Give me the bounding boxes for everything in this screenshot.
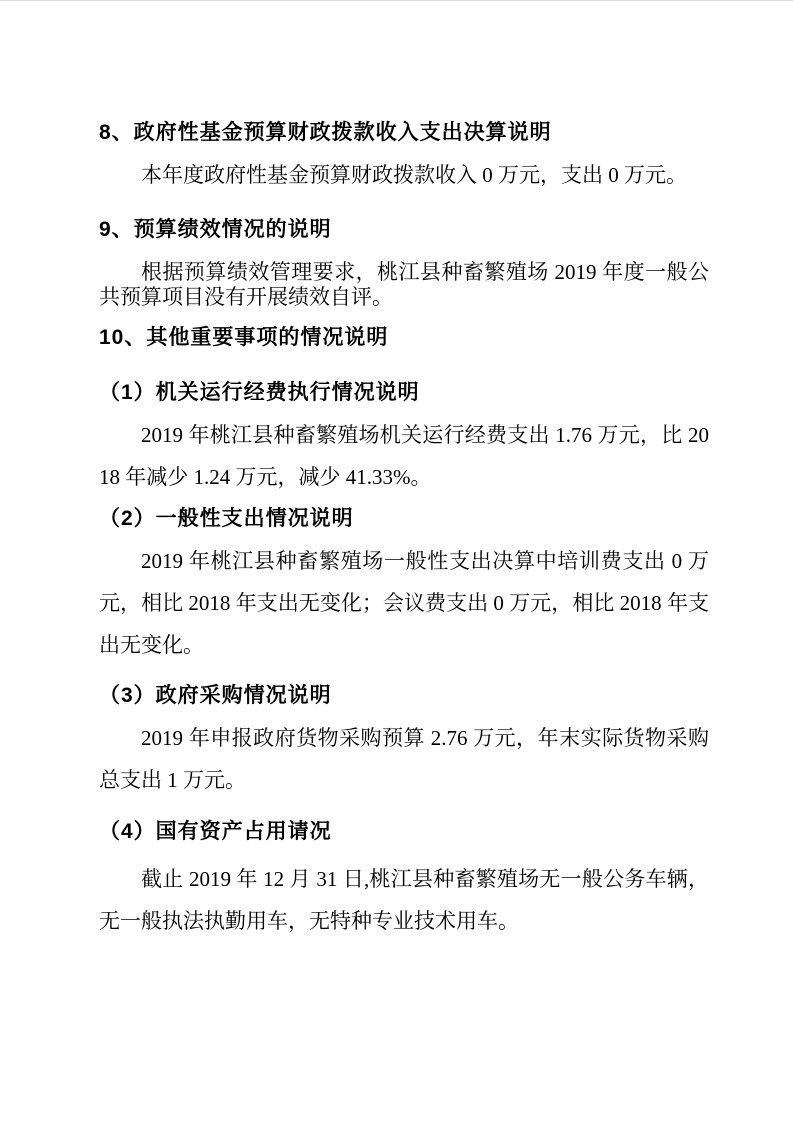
section-8-body: 本年度政府性基金预算财政拨款收入 0 万元，支出 0 万元。 [99,154,709,196]
item-2-heading: （2）一般性支出情况说明 [99,498,709,540]
item-1-heading: （1）机关运行经费执行情况说明 [99,372,709,414]
section-9-heading: 9、预算绩效情况的说明 [99,209,709,251]
document-page: 8、政府性基金预算财政拨款收入支出决算说明 本年度政府性基金预算财政拨款收入 0… [0,0,793,1122]
item-3-body: 2019 年申报政府货物采购预算 2.76 万元，年末实际货物采购总支出 1 万… [99,717,709,801]
item-3-heading: （3）政府采购情况说明 [99,675,709,717]
page-top-edge-divider [0,0,793,1]
item-1-body: 2019 年桃江县种畜繁殖场机关运行经费支出 1.76 万元，比 2018 年减… [99,414,709,498]
section-9-body: 根据预算绩效管理要求，桃江县种畜繁殖场 2019 年度一般公共预算项目没有开展绩… [99,260,709,310]
item-4-body: 截止 2019 年 12 月 31 日,桃江县种畜繁殖场无一般公务车辆，无一般执… [99,858,709,942]
item-4-heading: （4）国有资产占用请况 [99,811,709,853]
section-10-heading: 10、其他重要事项的情况说明 [99,317,709,359]
item-2-body: 2019 年桃江县种畜繁殖场一般性支出决算中培训费支出 0 万元，相比 2018… [99,540,709,666]
section-8-heading: 8、政府性基金预算财政拨款收入支出决算说明 [99,112,709,154]
